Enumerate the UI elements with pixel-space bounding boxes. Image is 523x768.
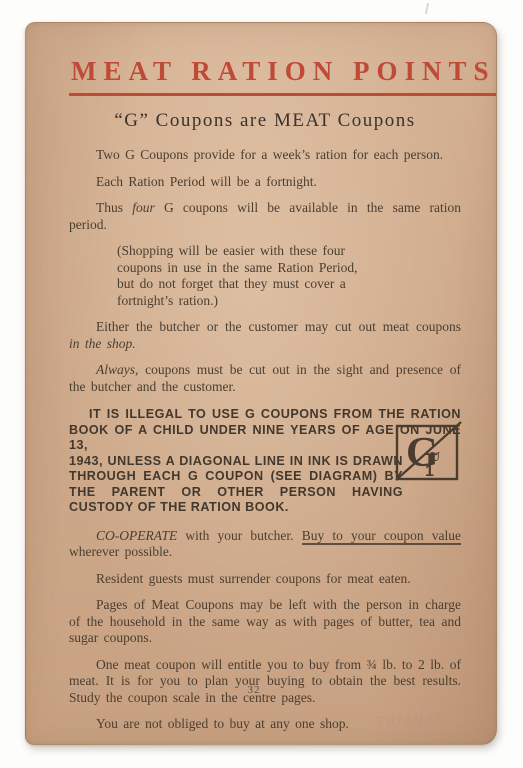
coupon-number: 1	[425, 463, 434, 480]
legal-notice: IT IS ILLEGAL TO USE G COUPONS FROM THE …	[69, 407, 461, 516]
page-title-text: MEAT RATION POINTS	[69, 56, 497, 96]
scratch-mark	[425, 3, 429, 14]
scan-background: MEAT RATION POINTS “G” Coupons are MEAT …	[0, 0, 523, 768]
paragraph-either-butcher: Either the butcher or the customer may c…	[69, 319, 461, 352]
paragraph-four-coupons: Thus four G coupons will be available in…	[69, 200, 461, 233]
paragraph-one-coupon: One meat coupon will entitle you to buy …	[69, 657, 461, 707]
leaflet-page: MEAT RATION POINTS “G” Coupons are MEAT …	[25, 22, 497, 745]
paragraph-two-coupons: Two G Coupons provide for a week’s ratio…	[69, 147, 461, 164]
paragraph-pages-left: Pages of Meat Coupons may be left with t…	[69, 597, 461, 647]
page-title: MEAT RATION POINTS	[69, 51, 461, 96]
page-subtitle: “G” Coupons are MEAT Coupons	[69, 110, 461, 132]
paragraph-shopping-note: (Shopping will be easier with these four…	[117, 243, 375, 309]
paragraph-butchers: Butchers may not be able to supply the t…	[69, 743, 461, 746]
paragraph-cooperate: CO-OPERATE with your butcher. Buy to you…	[69, 528, 461, 561]
page-number: 32	[26, 684, 482, 696]
paragraph-always-cut: Always, coupons must be cut out in the s…	[69, 362, 461, 395]
paragraph-ration-period: Each Ration Period will be a fortnight.	[69, 174, 461, 191]
legal-notice-part2: 1943, UNLESS A DIAGONAL LINE IN INK IS D…	[69, 454, 403, 516]
g-coupon-diagram: G U 1	[395, 424, 459, 481]
paragraph-resident-guests: Resident guests must surrender coupons f…	[69, 571, 461, 588]
